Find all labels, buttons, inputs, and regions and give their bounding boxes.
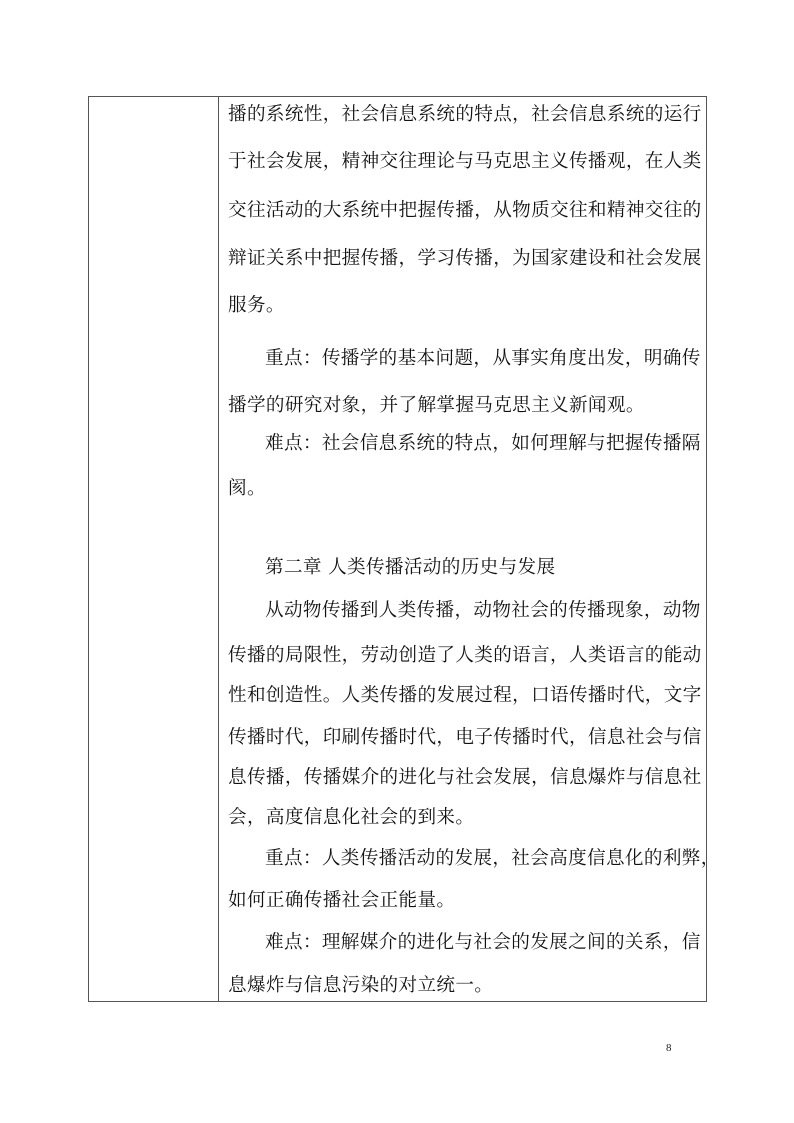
content-line: 交往活动的大系统中把握传播，从物质交往和精神交往的 — [228, 199, 702, 223]
content-line: 播的系统性，社会信息系统的特点，社会信息系统的运行 — [228, 103, 702, 127]
content-line: 服务。 — [228, 294, 285, 318]
chapter-title: 第二章 人类传播活动的历史与发展 — [265, 556, 555, 580]
key-points-line: 如何正确传播社会正能量。 — [228, 889, 455, 913]
content-line: 从动物传播到人类传播，动物社会的传播现象，动物 — [265, 599, 701, 623]
content-line: 会，高度信息化社会的到来。 — [228, 806, 474, 830]
content-line: 传播的局限性，劳动创造了人类的语言，人类语言的能动 — [228, 644, 702, 668]
content-line: 息传播，传播媒介的进化与社会发展，信息爆炸与信息社 — [228, 766, 702, 790]
difficult-points-line: 阂。 — [228, 477, 266, 501]
content-line: 辩证关系中把握传播，学习传播，为国家建设和社会发展 — [228, 247, 702, 271]
content-line: 传播时代，印刷传播时代，电子传播时代，信息社会与信 — [228, 726, 702, 750]
difficult-points-line: 难点：社会信息系统的特点，如何理解与把握传播隔 — [265, 432, 701, 456]
difficult-points-line: 息爆炸与信息污染的对立统一。 — [228, 974, 493, 998]
table-right-cell: 播的系统性，社会信息系统的特点，社会信息系统的运行 于社会发展，精神交往理论与马… — [219, 97, 706, 1001]
table-left-cell — [89, 97, 219, 1001]
difficult-points-line: 难点：理解媒介的进化与社会的发展之间的关系，信 — [265, 931, 701, 955]
syllabus-table: 播的系统性，社会信息系统的特点，社会信息系统的运行 于社会发展，精神交往理论与马… — [88, 96, 707, 1002]
content-line: 于社会发展，精神交往理论与马克思主义传播观，在人类 — [228, 150, 702, 174]
key-points-line: 重点：传播学的基本问题，从事实角度出发，明确传 — [265, 347, 701, 371]
key-points-line: 重点：人类传播活动的发展，社会高度信息化的利弊， — [265, 847, 720, 871]
page-number: 8 — [666, 1042, 672, 1054]
content-line: 性和创造性。人类传播的发展过程，口语传播时代，文字 — [228, 684, 702, 708]
key-points-line: 播学的研究对象，并了解掌握马克思主义新闻观。 — [228, 394, 645, 418]
